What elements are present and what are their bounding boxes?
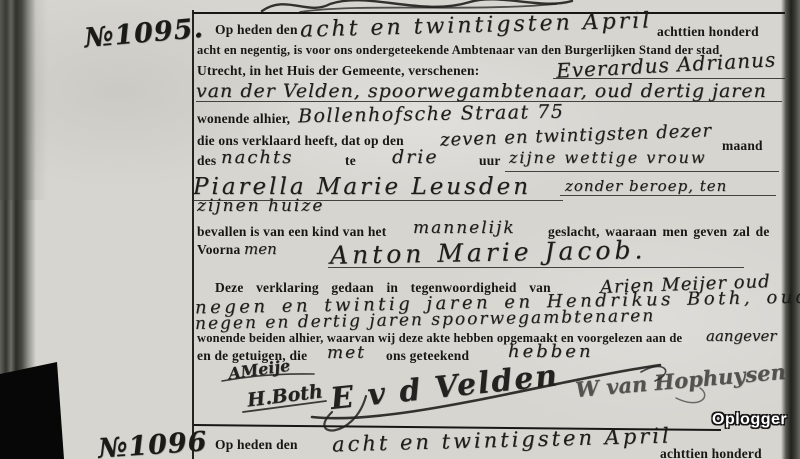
hw-mother-intro: zijne wettige vrouw — [509, 148, 707, 167]
page-right-edge-shadow — [781, 0, 800, 459]
hw-time-of-day: nachts — [221, 147, 293, 168]
hw-aangever: aangever — [706, 327, 777, 345]
hw-declarant-name-2: van der Velden, spoorwegambtenaar, oud d… — [196, 80, 767, 102]
printed-achttien-honderd-1096: achttien honderd — [660, 446, 762, 459]
hw-gender: mannelijk — [413, 218, 516, 238]
printed-achttien-honderd: achttien honderd — [657, 24, 759, 40]
hw-hour: drie — [392, 146, 439, 168]
margin-divider-line — [192, 10, 194, 459]
hw-birth-day: zeven en twintigsten dezer — [440, 120, 713, 150]
hw-date-1096: acht en twintigsten April — [332, 424, 672, 457]
hw-voornamen-suffix: men — [244, 240, 277, 258]
printed-bevallen: bevallen is van een kind van het — [197, 224, 386, 240]
printed-des: des — [197, 153, 216, 169]
hw-mother-occupation: zonder beroep, ten — [565, 177, 727, 195]
printed-op-heden-den-1096: Op heden den — [215, 437, 298, 453]
record-number-1096: №1096 — [97, 426, 208, 459]
printed-te: te — [345, 153, 356, 169]
printed-wonende-alhier: wonende alhier, — [197, 111, 290, 127]
hw-address: Bollenhofsche Straat 75 — [298, 101, 565, 128]
printed-wonende-beiden: wonende beiden alhier, waarvan wij deze … — [197, 331, 682, 346]
printed-line3: Utrecht, in het Huis der Gemeente, versc… — [197, 63, 479, 79]
printed-uur: uur — [479, 153, 501, 169]
signature-declarant-velden: E v d Velden — [329, 358, 561, 417]
signature-witness-both: H.Both — [246, 380, 324, 411]
signature-registrar: W van Hophuysen — [574, 359, 786, 402]
hw-met: met — [327, 343, 366, 363]
printed-maand: maand — [722, 138, 763, 154]
fill-in-rule — [328, 267, 744, 268]
printed-ons-geteekend: ons geteekend — [386, 348, 469, 364]
record-number-1095: №1095. — [83, 13, 205, 54]
hw-birth-place: zijnen huize — [197, 196, 324, 216]
scan-black-corner — [0, 358, 66, 459]
printed-voorna: Voorna — [197, 242, 240, 258]
oplogger-watermark: Oplogger — [712, 411, 787, 429]
gutter-smudge — [0, 0, 60, 200]
fill-in-rule — [560, 195, 776, 196]
scanned-birth-register-page: №1095. №1096 Op heden den acht en twinti… — [0, 0, 800, 459]
hw-child-name: Anton Marie Jacob. — [330, 235, 647, 270]
printed-op-heden-den: Op heden den — [215, 22, 298, 38]
fill-in-rule — [505, 171, 779, 172]
